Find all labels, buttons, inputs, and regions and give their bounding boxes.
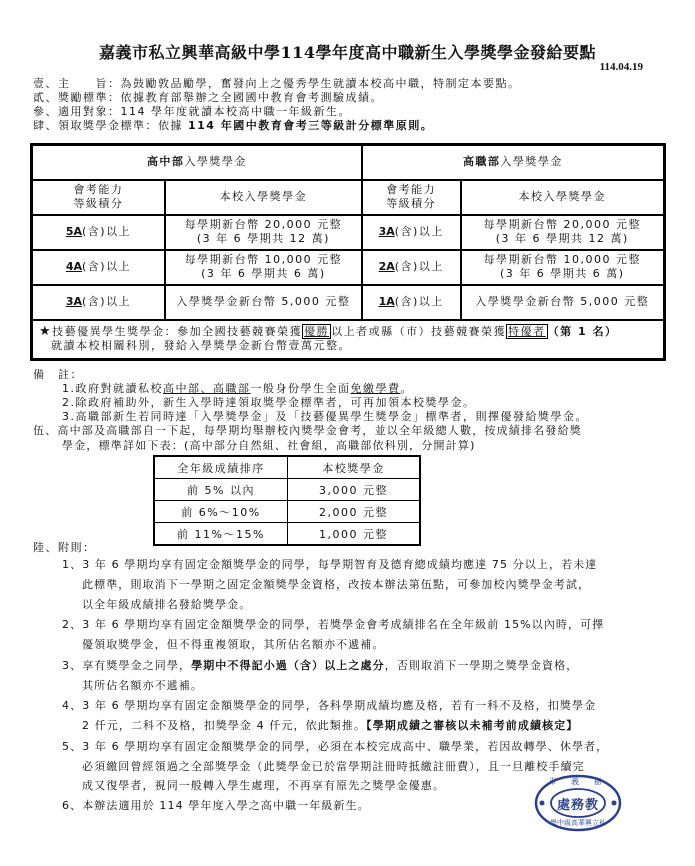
rule-3-line1: 3、享有獎學金之同學，學期中不得記小過（含）以上之處分，否則取消下一學期之獎學金… bbox=[62, 659, 578, 673]
amount-cell: 入學獎學金新台幣 5,000 元整 bbox=[165, 285, 362, 320]
amount-cell: 1,000 元整 bbox=[288, 523, 421, 546]
section-1-text: 為鼓勵敦品勵學，奮發向上之優秀學生就讀本校高中職，特制定本要點。 bbox=[121, 77, 521, 90]
grade-value: 2A bbox=[379, 260, 395, 273]
vocational-label: 高職部 bbox=[463, 155, 501, 168]
table-row: 5A(含)以上 每學期新台幣 20,000 元整(3 年 6 學期共 12 萬)… bbox=[32, 215, 665, 250]
notes-label: 備 註： bbox=[33, 368, 83, 382]
grade-cell: 3A(含)以上 bbox=[362, 215, 461, 250]
grade-suffix: (含)以上 bbox=[82, 295, 131, 308]
senior-high-header-rest: 入學獎學金 bbox=[184, 155, 247, 168]
rule-1-line2: 此標準，則取消下一學期之固定金額獎學金資格，改按本辦法第伍點，可參加校內獎學金考… bbox=[82, 578, 590, 592]
rule-6-line1: 6、本辦法適用於 114 學年度入學之高中職一年級新生。 bbox=[62, 799, 370, 813]
note-1-underline-1: 高中部、高職部 bbox=[163, 382, 251, 395]
note-1-text: 1.政府對就讀私校 bbox=[62, 382, 163, 395]
voc-col-amount-header: 本校入學獎學金 bbox=[461, 180, 665, 215]
grade-value: 3A bbox=[66, 295, 82, 308]
rule-3-text: 3、享有獎學金之同學， bbox=[62, 659, 191, 672]
amount-note: (3 年 6 學期共 6 萬) bbox=[462, 267, 664, 281]
amount-cell: 每學期新台幣 10,000 元整(3 年 6 學期共 6 萬) bbox=[165, 250, 362, 285]
grade-value: 5A bbox=[66, 225, 82, 238]
rule-4-line2: 2 仟元，二科不及格，扣獎學金 4 仟元，依此類推。【學期成績之審核以未補考前成… bbox=[82, 719, 578, 733]
special-text-1: 技藝優異學生獎學金：參加全國技藝競賽榮獲 bbox=[52, 325, 302, 338]
section-3-label: 參、適用對象： bbox=[33, 105, 121, 118]
rule-2-line1: 2、3 年 6 學期均享有固定金額獎學金的同學，若獎學金會考成績排名在全年級前 … bbox=[62, 618, 604, 632]
special-text-2: 以上者或縣（市）技藝競賽榮獲 bbox=[331, 325, 506, 338]
amount-header: 本校獎學金 bbox=[288, 456, 421, 479]
table-row: 前 11%～15% 1,000 元整 bbox=[154, 523, 420, 546]
amount-line: 每學期新台幣 20,000 元整 bbox=[462, 218, 664, 232]
note-3: 3.高職部新生若同時達「入學獎學金」及「技藝優異學生獎學金」標準者，則擇優發給獎… bbox=[62, 410, 588, 424]
header-line: 等級積分 bbox=[363, 197, 460, 211]
rank-cell: 前 11%～15% bbox=[154, 523, 288, 546]
amount-line: 每學期新台幣 10,000 元整 bbox=[166, 253, 361, 267]
grade-cell: 5A(含)以上 bbox=[32, 215, 165, 250]
boxed-term-winner: 優勝 bbox=[302, 324, 331, 339]
section-2: 貳、獎勵標準：依據教育部舉辦之全國國中教育會考測驗成績。 bbox=[33, 91, 383, 105]
amount-cell: 每學期新台幣 10,000 元整(3 年 6 學期共 6 萬) bbox=[461, 250, 665, 285]
document-title: 嘉義市私立興華高級中學114學年度高中職新生入學獎學金發給要點 bbox=[0, 40, 695, 63]
rule-3-line2: 其所佔名額亦不遞補。 bbox=[82, 679, 203, 693]
grade-cell: 2A(含)以上 bbox=[362, 250, 461, 285]
note-1: 1.政府對就讀私校高中部、高職部一般身份學生全面免繳學費。 bbox=[62, 382, 413, 396]
document-date: 114.04.19 bbox=[600, 61, 643, 73]
rank-header: 全年級成績排序 bbox=[154, 456, 288, 479]
section-2-label: 貳、獎勵標準： bbox=[33, 91, 121, 104]
section-3: 參、適用對象：114 學年度就讀本校高中職一年級新生。 bbox=[33, 105, 351, 119]
section-3-text: 114 學年度就讀本校高中職一年級新生。 bbox=[121, 105, 352, 118]
rule-4-text: 2 仟元，二科不及格，扣獎學金 4 仟元，依此類推。 bbox=[82, 719, 366, 732]
grade-cell: 1A(含)以上 bbox=[362, 285, 461, 320]
senior-high-label: 高中部 bbox=[147, 155, 185, 168]
table-header-row: 全年級成績排序 本校獎學金 bbox=[154, 456, 420, 479]
section-5-line2: 學金，標準詳如下表：(高中部分自然組、社會組，高職部依科別，分開計算) bbox=[62, 439, 476, 453]
stamp-center-text: 處務教 bbox=[533, 794, 623, 813]
grade-suffix: (含)以上 bbox=[395, 260, 444, 273]
grade-suffix: (含)以上 bbox=[82, 260, 131, 273]
table-row: 4A(含)以上 每學期新台幣 10,000 元整(3 年 6 學期共 6 萬) … bbox=[32, 250, 665, 285]
rank-cell: 前 6%～10% bbox=[154, 501, 288, 523]
rule-1-line1: 1、3 年 6 學期均享有固定金額獎學金的同學，每學期智育及德育總成績均應達 7… bbox=[62, 558, 597, 572]
header-line: 會考能力 bbox=[363, 183, 460, 197]
grade-cell: 3A(含)以上 bbox=[32, 285, 165, 320]
rule-4-line1: 4、3 年 6 學期均享有固定金額獎學金的同學，各科學期成績均應及格，若有一科不… bbox=[62, 699, 596, 713]
grade-suffix: (含)以上 bbox=[395, 225, 444, 238]
amount-cell: 入學獎學金新台幣 5,000 元整 bbox=[461, 285, 665, 320]
star-icon: ★ bbox=[39, 324, 52, 339]
header-line: 會考能力 bbox=[33, 183, 164, 197]
amount-note: (3 年 6 學期共 12 萬) bbox=[462, 232, 664, 246]
section-4-text: 依據 bbox=[158, 119, 188, 132]
amount-cell: 每學期新台幣 20,000 元整(3 年 6 學期共 12 萬) bbox=[461, 215, 665, 250]
table-row: 前 5% 以內 3,000 元整 bbox=[154, 479, 420, 501]
rule-3-text-post: ，否則取消下一學期之獎學金資格， bbox=[385, 659, 579, 672]
section-4-bold-text: 114 年國中教育會考三等級計分標準原則。 bbox=[188, 119, 433, 132]
note-1-text-mid: 一般身份學生全面 bbox=[251, 382, 351, 395]
rule-3-bold: 學期中不得記小過（含）以上之處分 bbox=[191, 659, 385, 672]
senior-col-grade-header: 會考能力等級積分 bbox=[32, 180, 165, 215]
section-6-label: 陸、附則： bbox=[33, 541, 96, 555]
section-5-line1: 伍、高中部及高職部自一下起，每學期均舉辦校內獎學金會考，並以全年級總人數，按成績… bbox=[33, 424, 582, 438]
grade-suffix: (含)以上 bbox=[82, 225, 131, 238]
senior-col-amount-header: 本校入學獎學金 bbox=[165, 180, 362, 215]
rank-table: 全年級成績排序 本校獎學金 前 5% 以內 3,000 元整 前 6%～10% … bbox=[153, 455, 421, 546]
section-1-label: 壹、主 旨： bbox=[33, 77, 121, 90]
amount-note: (3 年 6 學期共 6 萬) bbox=[166, 267, 361, 281]
senior-high-header: 高中部入學獎學金 bbox=[32, 145, 362, 180]
note-2: 2.除政府補助外，新生入學時達領取獎學金標準者，可再加領本校獎學金。 bbox=[62, 396, 476, 410]
special-scholarship-note: ★技藝優異學生獎學金：參加全國技藝競賽榮獲優勝以上者或縣（市）技藝競賽榮獲特優者… bbox=[32, 320, 665, 360]
rank-cell: 前 5% 以內 bbox=[154, 479, 288, 501]
boxed-term-top: 特優者 bbox=[506, 324, 548, 339]
grade-value: 3A bbox=[379, 225, 395, 238]
voc-col-grade-header: 會考能力等級積分 bbox=[362, 180, 461, 215]
table-row: 前 6%～10% 2,000 元整 bbox=[154, 501, 420, 523]
rule-2-line2: 優領取獎學金，但不得重複領取，其所佔名額亦不遞補。 bbox=[82, 638, 385, 652]
rule-4-bold: 【學期成績之審核以未補考前成績核定】 bbox=[366, 719, 578, 732]
rule-5-line3: 成又復學者，視同一般轉入學生處理，不再享有原先之獎學金優惠。 bbox=[82, 779, 445, 793]
amount-note: (3 年 6 學期共 12 萬) bbox=[166, 232, 361, 246]
grade-cell: 4A(含)以上 bbox=[32, 250, 165, 285]
special-rank-bold: （第 1 名） bbox=[548, 325, 618, 338]
header-line: 等級積分 bbox=[33, 197, 164, 211]
table-row: 3A(含)以上 入學獎學金新台幣 5,000 元整 1A(含)以上 入學獎學金新… bbox=[32, 285, 665, 320]
grade-suffix: (含)以上 bbox=[395, 295, 444, 308]
section-4: 肆、領取獎學金標準：依據 114 年國中教育會考三等級計分標準原則。 bbox=[33, 119, 433, 133]
note-1-end: 。 bbox=[401, 382, 414, 395]
grade-value: 4A bbox=[66, 260, 82, 273]
stamp-top-text: 市 義 嘉 bbox=[533, 776, 623, 787]
special-text-line2: 就讀本校相關科別，發給入學獎學金新台幣壹萬元整。 bbox=[39, 339, 657, 353]
section-1: 壹、主 旨：為鼓勵敦品勵學，奮發向上之優秀學生就讀本校高中職，特制定本要點。 bbox=[33, 77, 521, 91]
section-4-label: 肆、領取獎學金標準： bbox=[33, 119, 158, 132]
rule-5-line2: 必須繳回曾經領過之全部獎學金（此獎學金已於當學期註冊時抵繳註冊費），且一旦離校手… bbox=[82, 760, 585, 774]
amount-line: 每學期新台幣 10,000 元整 bbox=[462, 253, 664, 267]
amount-line: 每學期新台幣 20,000 元整 bbox=[166, 218, 361, 232]
rule-1-line3: 以全年級成績排名發給獎學金。 bbox=[82, 598, 251, 612]
scholarship-table: 高中部入學獎學金 高職部入學獎學金 會考能力等級積分 本校入學獎學金 會考能力等… bbox=[30, 143, 666, 361]
vocational-header: 高職部入學獎學金 bbox=[362, 145, 665, 180]
amount-cell: 2,000 元整 bbox=[288, 501, 421, 523]
note-1-underline-2: 免繳學費 bbox=[351, 382, 401, 395]
vocational-header-rest: 入學獎學金 bbox=[500, 155, 563, 168]
grade-value: 1A bbox=[379, 295, 395, 308]
section-2-text: 依據教育部舉辦之全國國中教育會考測驗成績。 bbox=[121, 91, 384, 104]
amount-cell: 3,000 元整 bbox=[288, 479, 421, 501]
official-stamp-icon: 處務教 市 義 嘉 學中級高華興立私 bbox=[533, 773, 623, 833]
stamp-bottom-text: 學中級高華興立私 bbox=[533, 818, 623, 828]
amount-cell: 每學期新台幣 20,000 元整(3 年 6 學期共 12 萬) bbox=[165, 215, 362, 250]
rule-5-line1: 5、3 年 6 學期均享有固定金額獎學金的同學，必須在本校完成高中、職學業，若因… bbox=[62, 740, 608, 754]
